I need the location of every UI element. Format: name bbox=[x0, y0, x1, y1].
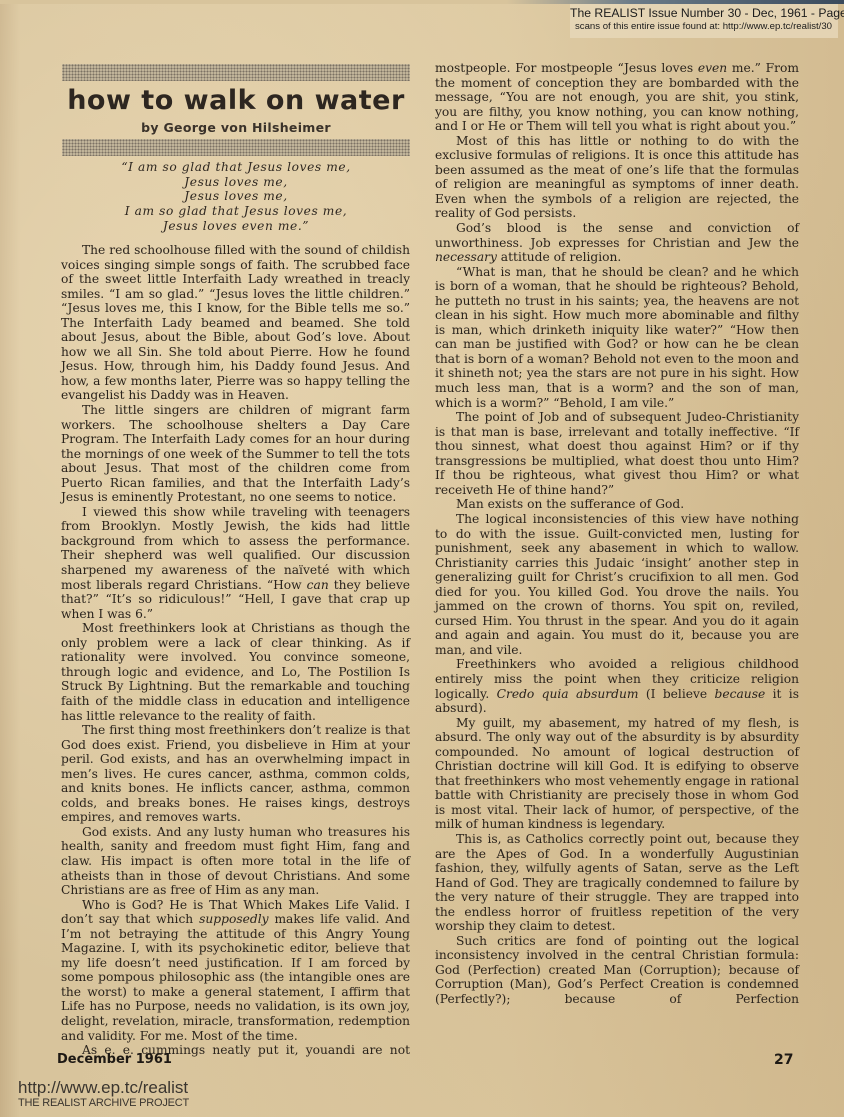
text-run: attitude of religion. bbox=[497, 250, 621, 264]
page-number: 27 bbox=[774, 1052, 793, 1068]
paragraph: Who is God? He is That Which Makes Life … bbox=[61, 898, 410, 1043]
emphasis: because bbox=[715, 687, 766, 701]
emphasis: supposedly bbox=[199, 912, 268, 926]
right-column: mostpeople. For mostpeople “Jesus loves … bbox=[435, 61, 799, 1007]
paragraph: God’s blood is the sense and conviction … bbox=[435, 221, 799, 265]
epigraph-line: Jesus loves me, bbox=[62, 175, 410, 190]
paragraph: I viewed this show while traveling with … bbox=[61, 505, 410, 621]
paragraph: Most freethinkers look at Christians as … bbox=[61, 621, 410, 723]
archive-project-label: THE REALIST ARCHIVE PROJECT bbox=[18, 1097, 189, 1110]
epigraph-line: Jesus loves me, bbox=[62, 189, 410, 204]
emphasis: necessary bbox=[435, 250, 497, 264]
text-run: God’s blood is the sense and conviction … bbox=[435, 221, 799, 250]
emphasis: Credo quia absurdum bbox=[497, 687, 639, 701]
text-run: (I believe bbox=[639, 687, 715, 701]
paragraph: This is, as Catholics correctly point ou… bbox=[435, 832, 799, 934]
archive-url-link[interactable]: http://www.ep.tc/realist bbox=[18, 1078, 189, 1097]
paragraph: Freethinkers who avoided a religious chi… bbox=[435, 657, 799, 715]
footer-date: December 1961 bbox=[57, 1052, 172, 1067]
paragraph: The little singers are children of migra… bbox=[61, 403, 410, 505]
paragraph: God exists. And any lusty human who trea… bbox=[61, 825, 410, 898]
text-run: mostpeople. For mostpeople “Jesus loves bbox=[435, 61, 698, 75]
paragraph: The logical inconsistencies of this view… bbox=[435, 512, 799, 657]
archive-header-source: scans of this entire issue found at: htt… bbox=[570, 21, 832, 33]
paragraph: Such critics are fond of pointing out th… bbox=[435, 934, 799, 1007]
paragraph: My guilt, my abasement, my hatred of my … bbox=[435, 716, 799, 832]
article-title: how to walk on water bbox=[62, 86, 410, 116]
archive-header: The REALIST Issue Number 30 - Dec, 1961 … bbox=[570, 4, 838, 38]
emphasis: can bbox=[307, 578, 329, 592]
left-column: The red schoolhouse filled with the soun… bbox=[61, 243, 410, 1058]
paragraph: “What is man, that he should be clean? a… bbox=[435, 265, 799, 410]
archive-header-title: The REALIST Issue Number 30 - Dec, 1961 … bbox=[570, 6, 832, 21]
paragraph: Man exists on the sufferance of God. bbox=[435, 497, 799, 512]
archive-footer: http://www.ep.tc/realist THE REALIST ARC… bbox=[18, 1078, 189, 1110]
paragraph: The first thing most freethinkers don’t … bbox=[61, 723, 410, 825]
epigraph-line: Jesus loves even me.” bbox=[62, 219, 410, 234]
title-rule-top bbox=[62, 64, 410, 81]
epigraph: “I am so glad that Jesus loves me, Jesus… bbox=[62, 160, 410, 234]
paragraph: The point of Job and of subsequent Judeo… bbox=[435, 410, 799, 497]
emphasis: even bbox=[698, 61, 727, 75]
article-byline: by George von Hilsheimer bbox=[62, 120, 410, 135]
epigraph-line: I am so glad that Jesus loves me, bbox=[62, 204, 410, 219]
paragraph: The red schoolhouse filled with the soun… bbox=[61, 243, 410, 403]
text-run: makes life valid. And I’m not betraying … bbox=[61, 912, 410, 1042]
title-rule-bottom bbox=[62, 139, 410, 156]
paragraph: mostpeople. For mostpeople “Jesus loves … bbox=[435, 61, 799, 134]
epigraph-line: “I am so glad that Jesus loves me, bbox=[62, 160, 410, 175]
paragraph: Most of this has little or nothing to do… bbox=[435, 134, 799, 221]
